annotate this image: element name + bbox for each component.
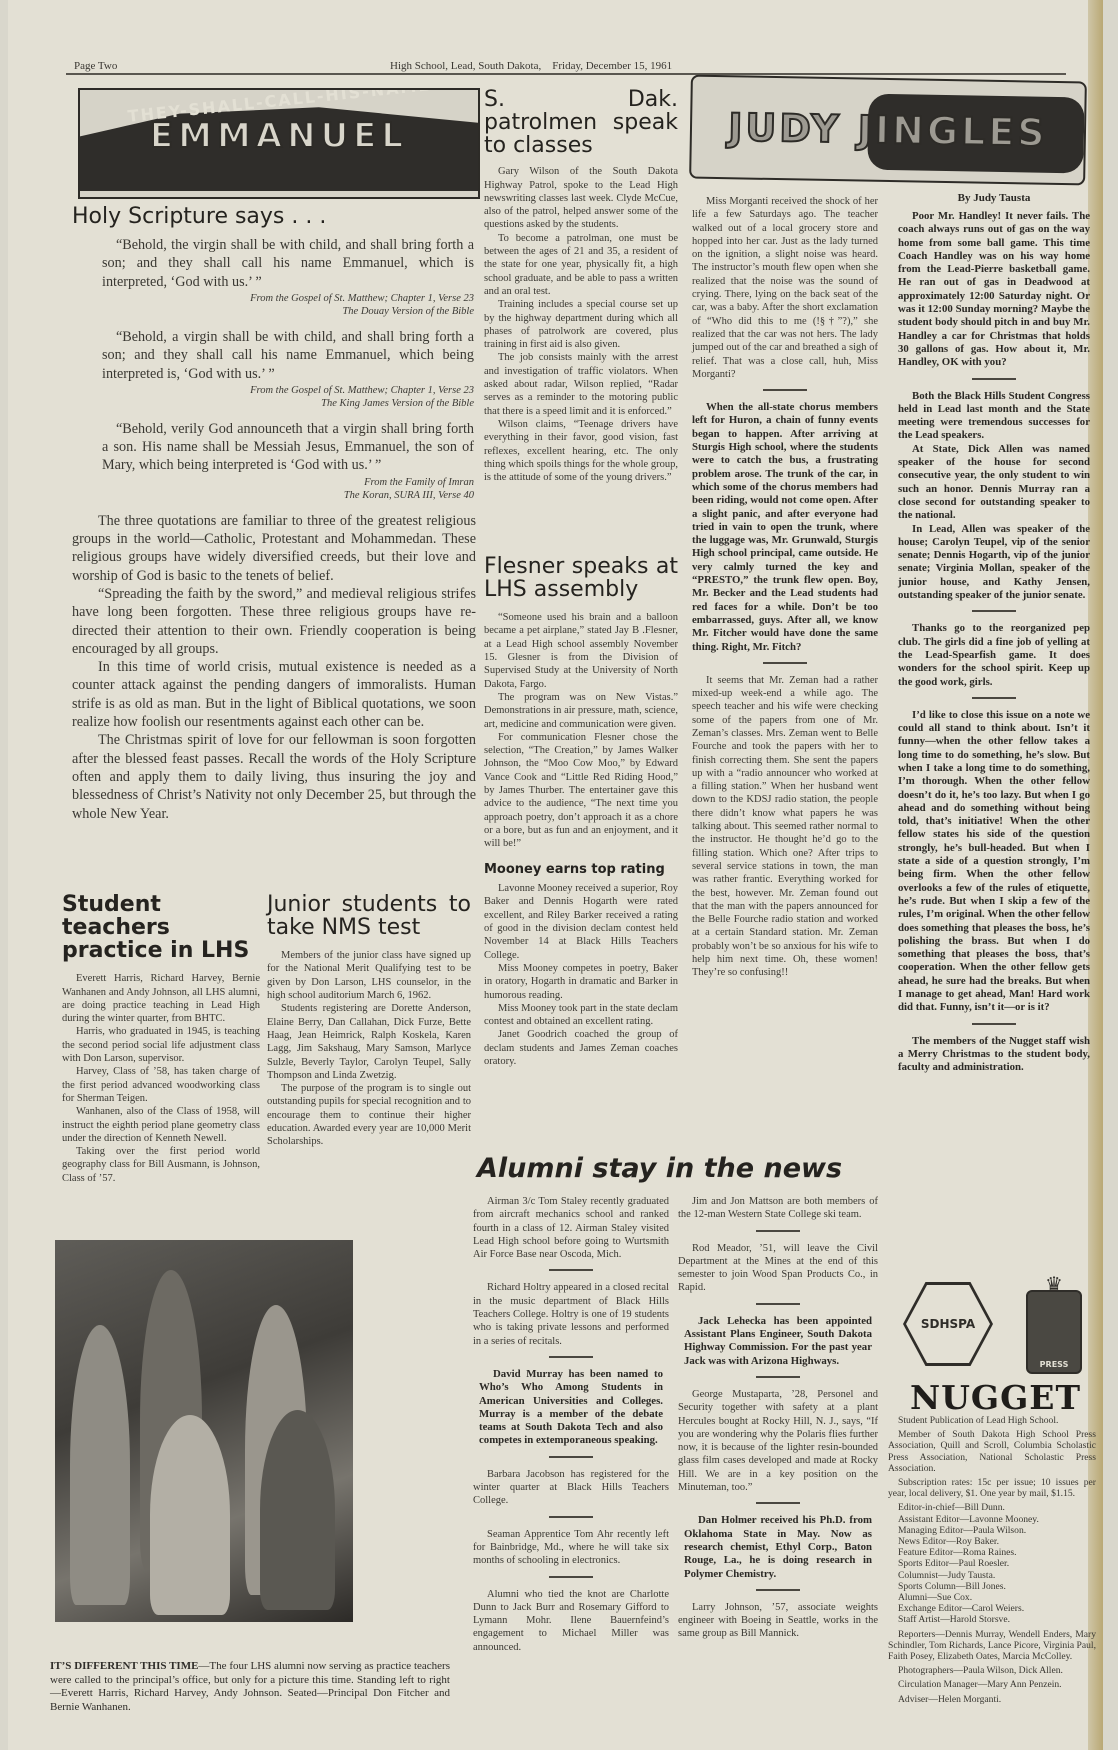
alumni-item: Jim and Jon Mattson are both members of … xyxy=(678,1195,878,1222)
dateline: High School, Lead, South Dakota, Friday,… xyxy=(390,60,672,72)
article-paragraph: Wilson claims, “Teenage drivers have eve… xyxy=(484,418,678,484)
page-header: Page Two High School, Lead, South Dakota… xyxy=(66,58,1066,74)
jingle-item: The members of the Nugget staff wish a M… xyxy=(898,1035,1090,1075)
separator xyxy=(756,1502,800,1504)
article-paragraph: Everett Harris, Richard Harvey, Bernie W… xyxy=(62,972,260,1025)
quote-1: “Behold, the virgin shall be with child,… xyxy=(102,236,474,291)
staff-line: Staff Artist—Harold Storsve. xyxy=(888,1614,1096,1625)
jingle-item: In Lead, Allen was speaker of the house;… xyxy=(898,523,1090,603)
jingle-item: Thanks go to the reorganized pep club. T… xyxy=(898,622,1090,688)
art-text-main: EMMANUEL xyxy=(150,116,408,156)
separator xyxy=(756,1230,800,1232)
jingle-item: I’d like to close this issue on a note w… xyxy=(898,709,1090,1015)
page-label: Page Two xyxy=(74,60,117,72)
credit-line: Reporters—Dennis Murray, Wendell Enders,… xyxy=(888,1629,1096,1663)
judy-jingles-art-banner: JUDY JINGLES xyxy=(689,75,1087,186)
article-paragraph: The program was on New Vistas.” Demonstr… xyxy=(484,691,678,731)
photo-caption: IT’S DIFFERENT THIS TIME—The four LHS al… xyxy=(50,1660,450,1714)
staff-line: Sports Editor—Paul Roesler. xyxy=(888,1558,1096,1569)
editorial-paragraph: “Spreading the faith by the sword,” and … xyxy=(72,585,476,658)
staff-box: Student Publication of Lead High School.… xyxy=(888,1415,1096,1708)
headline: Flesner speaks at LHS assembly xyxy=(484,555,678,601)
quote-3-cite: From the Family of ImranThe Koran, SURA … xyxy=(102,476,474,502)
staff-line: Editor-in-chief—Bill Dunn. xyxy=(888,1502,1096,1513)
article-paragraph: Training includes a special course set u… xyxy=(484,298,678,351)
article-paragraph: Harvey, Class of ’58, has taken charge o… xyxy=(62,1065,260,1105)
credit-line: Adviser—Helen Morganti. xyxy=(888,1694,1096,1705)
headline: Student teachers practice in LHS xyxy=(62,893,260,962)
alumni-item: Airman 3/c Tom Staley recently graduated… xyxy=(473,1195,669,1261)
staff-line: Alumni—Sue Cox. xyxy=(888,1592,1096,1603)
article-paragraph: Miss Mooney took part in the state decla… xyxy=(484,1002,678,1029)
article-paragraph: The purpose of the program is to single … xyxy=(267,1082,471,1148)
jotting-item: When the all-state chorus members left f… xyxy=(692,401,878,654)
separator xyxy=(549,1576,593,1578)
about-line: Student Publication of Lead High School. xyxy=(888,1415,1096,1426)
headline: Holy Scripture says . . . xyxy=(72,205,476,228)
separator xyxy=(972,1023,1016,1025)
emmanuel-art-banner: THEY-SHALL-CALL-HIS-NAME EMMANUEL xyxy=(78,88,480,199)
credit-line: Photographers—Paula Wilson, Dick Allen. xyxy=(888,1665,1096,1676)
alumni-item: Jack Lehecka has been appointed Assistan… xyxy=(678,1315,878,1368)
column-jottings: Miss Morganti received the shock of her … xyxy=(692,195,878,980)
article-paragraph: The job consists mainly with the arrest … xyxy=(484,351,678,417)
article-paragraph: “Someone used his brain and a balloon be… xyxy=(484,611,678,691)
editorial-paragraph: In this time of world crisis, mutual exi… xyxy=(72,658,476,731)
judy-jingles-column: By Judy Tausta Poor Mr. Handley! It neve… xyxy=(898,192,1090,1075)
staff-line: News Editor—Roy Baker. xyxy=(888,1536,1096,1547)
separator xyxy=(972,697,1016,699)
logo2-text: PRESS xyxy=(1040,1360,1069,1369)
article-paragraph: Miss Mooney competes in poetry, Baker in… xyxy=(484,962,678,1002)
jotting-item: Miss Morganti received the shock of her … xyxy=(692,195,878,381)
staff-line: Columnist—Judy Tausta. xyxy=(888,1570,1096,1581)
editorial-paragraph: The three quotations are familiar to thr… xyxy=(72,512,476,585)
art-text: JUDY JINGLES xyxy=(728,105,1048,155)
editorial-paragraph: The Christmas spirit of love for our fel… xyxy=(72,731,476,822)
separator xyxy=(756,1376,800,1378)
quote-2: “Behold, a virgin shall be with child, a… xyxy=(102,328,474,383)
header-rule xyxy=(66,73,1066,75)
jingle-item: Poor Mr. Handley! It never fails. The co… xyxy=(898,210,1090,370)
separator xyxy=(549,1456,593,1458)
quote-3: “Behold, verily God announceth that a vi… xyxy=(102,420,474,475)
staff-line: Managing Editor—Paula Wilson. xyxy=(888,1525,1096,1536)
jingle-item: Both the Black Hills Student Congress he… xyxy=(898,390,1090,443)
masthead: NUGGET xyxy=(893,1378,1098,1417)
byline: By Judy Tausta xyxy=(898,192,1090,204)
article-paragraph: Janet Goodrich coached the group of decl… xyxy=(484,1028,678,1068)
alumni-headline: Alumni stay in the news xyxy=(477,1155,842,1183)
separator xyxy=(549,1269,593,1271)
alumni-left-column: Airman 3/c Tom Staley recently graduated… xyxy=(473,1195,669,1654)
jingle-item: At State, Dick Allen was named speaker o… xyxy=(898,443,1090,523)
separator xyxy=(756,1589,800,1591)
separator xyxy=(549,1356,593,1358)
article-paragraph: Taking over the first period world geogr… xyxy=(62,1145,260,1185)
alumni-item: Dan Holmer received his Ph.D. from Oklah… xyxy=(678,1514,878,1580)
credit-line: Circulation Manager—Mary Ann Penzein. xyxy=(888,1679,1096,1690)
quote-1-cite: From the Gospel of St. Matthew; Chapter … xyxy=(102,292,474,318)
staff-line: Feature Editor—Roma Raines. xyxy=(888,1547,1096,1558)
separator xyxy=(763,662,807,664)
alumni-item: Seaman Apprentice Tom Ahr recently left … xyxy=(473,1528,669,1568)
alumni-item: Rod Meador, ’51, will leave the Civil De… xyxy=(678,1242,878,1295)
crown-icon: ♛ xyxy=(1045,1272,1063,1296)
separator xyxy=(763,389,807,391)
quote-2-cite: From the Gospel of St. Matthew; Chapter … xyxy=(102,384,474,410)
article-paragraph: To become a patrolman, one must be betwe… xyxy=(484,232,678,298)
staff-line: Sports Column—Bill Jones. xyxy=(888,1581,1096,1592)
flesner-article: Flesner speaks at LHS assembly “Someone … xyxy=(484,555,678,1068)
headline: S. Dak. patrolmen speak to classes xyxy=(484,88,678,157)
staff-line: Assistant Editor—Lavonne Mooney. xyxy=(888,1514,1096,1525)
about-line: Subscription rates: 15c per issue; 10 is… xyxy=(888,1477,1096,1499)
article-paragraph: Students registering are Dorette Anderso… xyxy=(267,1002,471,1082)
alumni-item: George Mustaparta, ’28, Personel and Sec… xyxy=(678,1388,878,1494)
staff-line: Exchange Editor—Carol Weiers. xyxy=(888,1603,1096,1614)
mooney-headline: Mooney earns top rating xyxy=(484,863,678,877)
logo1-text: SDHSPA xyxy=(921,1317,975,1331)
alumni-item: Alumni who tied the knot are Charlotte D… xyxy=(473,1588,669,1654)
alumni-right-column: Jim and Jon Mattson are both members of … xyxy=(678,1195,878,1641)
junior-students-article: Junior students to take NMS test Members… xyxy=(267,893,471,1149)
separator xyxy=(972,378,1016,380)
caption-lead: IT’S DIFFERENT THIS TIME xyxy=(50,1660,198,1672)
csp-crown-logo-icon: PRESS ♛ xyxy=(1026,1290,1082,1374)
alumni-item: Barbara Jacobson has registered for the … xyxy=(473,1468,669,1508)
headline: Junior students to take NMS test xyxy=(267,893,471,939)
article-paragraph: Lavonne Mooney received a superior, Roy … xyxy=(484,882,678,962)
about-line: Member of South Dakota High School Press… xyxy=(888,1429,1096,1474)
student-teachers-article: Student teachers practice in LHS Everett… xyxy=(62,893,260,1185)
article-paragraph: Members of the junior class have signed … xyxy=(267,949,471,1002)
patrolmen-article: S. Dak. patrolmen speak to classes Gary … xyxy=(484,88,678,484)
separator xyxy=(549,1516,593,1518)
separator xyxy=(972,610,1016,612)
jotting-item: It seems that Mr. Zeman had a rather mix… xyxy=(692,674,878,980)
alumni-item: Richard Holtry appeared in a closed reci… xyxy=(473,1281,669,1347)
alumni-item: Larry Johnson, ’57, associate weights en… xyxy=(678,1601,878,1641)
separator xyxy=(756,1303,800,1305)
article-paragraph: For communication Flesner chose the sele… xyxy=(484,731,678,851)
article-paragraph: Harris, who graduated in 1945, is teachi… xyxy=(62,1025,260,1065)
student-teachers-photo xyxy=(55,1240,353,1622)
alumni-item: David Murray has been named to Who’s Who… xyxy=(473,1368,669,1448)
article-paragraph: Wanhanen, also of the Class of 1958, wil… xyxy=(62,1105,260,1145)
article-paragraph: Gary Wilson of the South Dakota Highway … xyxy=(484,165,678,231)
holy-scripture-article: Holy Scripture says . . . “Behold, the v… xyxy=(72,205,476,823)
